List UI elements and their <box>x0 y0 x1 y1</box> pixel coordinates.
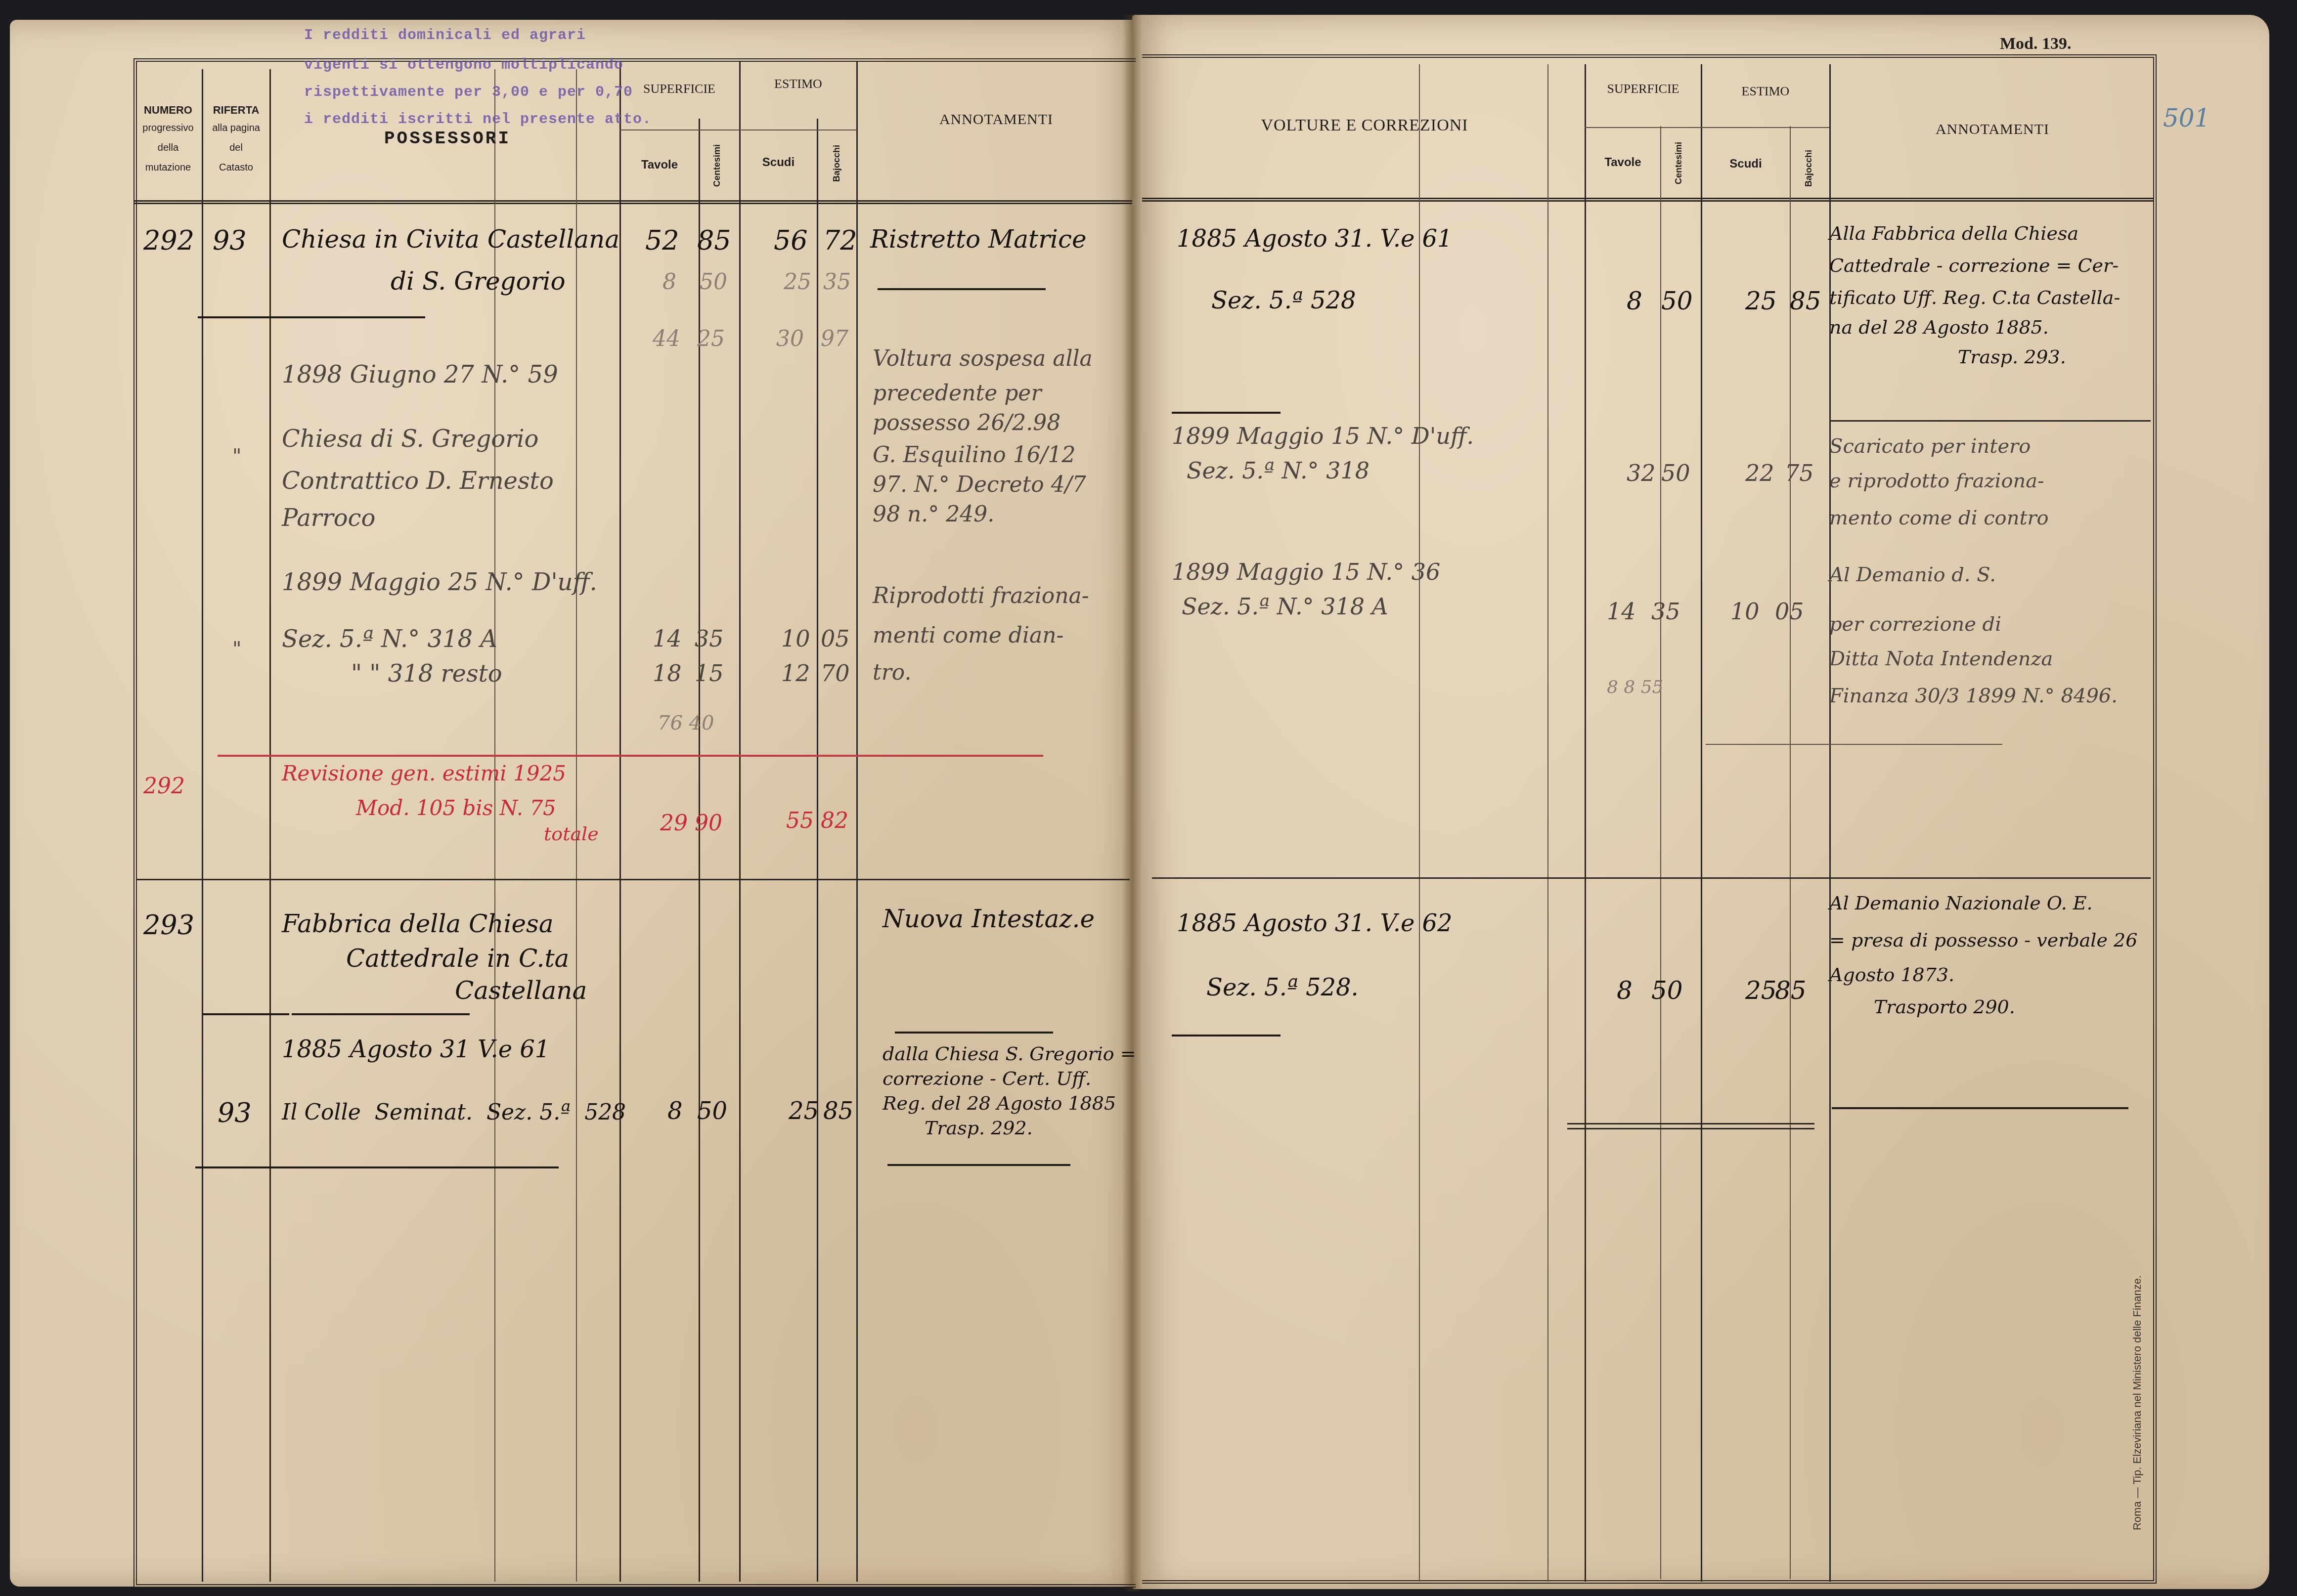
entry-293-annot-underline <box>895 1032 1053 1034</box>
annot-293-line-2: correzione - Cert. Uff. <box>883 1068 1091 1089</box>
voltura-4-scudi: 25 <box>1745 976 1777 1005</box>
pencil-tavole-1: 8 <box>663 269 676 295</box>
stamp-line-1: I redditi dominicali ed agrari <box>304 27 586 44</box>
entry-292-tavole: 52 <box>645 225 679 256</box>
voltura-4-double-rule-a <box>1567 1123 1814 1124</box>
subheader-rule <box>619 129 857 130</box>
header-possessori: POSSESSORI <box>277 129 618 149</box>
entry-292-centesimi: 85 <box>697 225 731 256</box>
col-divider <box>1701 64 1702 1582</box>
annot-r4-line-1: Al Demanio Nazionale O. E. <box>1829 892 2093 914</box>
entry-292-annot-underline <box>878 288 1046 290</box>
annot-293-line-4: Trasp. 292. <box>925 1117 1033 1139</box>
entry-293-sub-tavole: 8 <box>667 1097 683 1125</box>
pencil-scudi-1: 25 <box>784 269 811 295</box>
header-tavole-right: Tavole <box>1586 156 1660 170</box>
entry-292-annotamento: Ristretto Matrice <box>870 225 1087 254</box>
printer-imprint: Roma — Tip. Elzeviriana nel Ministero de… <box>2131 1275 2144 1530</box>
voltura-1-line-2: Sez. 5.ª 528 <box>1211 287 1356 314</box>
row-separator-right <box>1152 877 2151 879</box>
entry-292-possessore-2: di S. Gregorio <box>391 267 566 296</box>
entry-292-sub-holder-2: Contrattico D. Ernesto <box>282 467 554 495</box>
entry-292-pencil-sum: 76 40 <box>658 712 714 734</box>
col-divider <box>1790 126 1791 1579</box>
voltura-3-tavole: 14 <box>1607 598 1636 625</box>
header-riferta-sub-2: del <box>203 138 269 157</box>
subheader-rule <box>1585 127 1829 128</box>
voltura-4-underline <box>1172 1035 1281 1036</box>
revision-line-2: Mod. 105 bis N. 75 <box>356 796 556 820</box>
header-estimo: ESTIMO <box>740 77 856 91</box>
entry-292-sub-parcel-1-centesimi: 35 <box>695 625 724 652</box>
entry-292-scudi: 56 <box>774 225 808 256</box>
header-bajocchi-right: Bajocchi <box>1804 143 1814 193</box>
annot-292-line-1: Voltura sospesa alla <box>873 346 1093 371</box>
header-scudi: Scudi <box>740 156 817 170</box>
annot-r4-line-4: Trasporto 290. <box>1874 996 2015 1018</box>
col-divider-faint <box>494 69 495 1582</box>
revision-line-1: Revisione gen. estimi 1925 <box>282 761 566 785</box>
entry-292-sub-parcel-1-scudi: 10 <box>781 625 810 652</box>
entry-293-underline <box>203 1013 289 1015</box>
annot-293-line-3: Reg. del 28 Agosto 1885 <box>883 1092 1116 1114</box>
revision-scudi: 55 <box>786 808 814 833</box>
archive-number: 501 <box>2163 104 2210 132</box>
entry-292-sub-parcel-2-tavole: 18 <box>653 660 682 687</box>
entry-293-possessore-1: Fabbrica della Chiesa <box>282 909 554 938</box>
header-riferta-sub-3: Catasto <box>203 158 269 177</box>
entry-292-numero: 292 <box>143 225 194 256</box>
annot-r1-separator <box>1829 420 2151 422</box>
left-header-bottom-rule <box>133 200 1132 204</box>
header-tavole: Tavole <box>620 158 699 172</box>
voltura-4-line-1: 1885 Agosto 31. V.e 62 <box>1177 909 1453 937</box>
col-divider <box>1660 126 1661 1579</box>
header-estimo-right: ESTIMO <box>1702 84 1829 99</box>
col-divider <box>619 62 621 1582</box>
entry-293-sub-riferta: 93 <box>218 1097 252 1128</box>
voltura-1-bajocchi: 85 <box>1790 287 1821 315</box>
annot-r4-line-3: Agosto 1873. <box>1829 964 1954 986</box>
pencil-bajocchi-2: 97 <box>821 326 848 351</box>
annot-292-b-line-1: Riprodotti fraziona- <box>873 583 1089 608</box>
voltura-3-line-2: Sez. 5.ª N.° 318 A <box>1182 593 1388 620</box>
pencil-centesimi-1: 50 <box>700 269 727 295</box>
stamp-line-2: vigenti si ottengono moltiplicando <box>304 57 623 74</box>
voltura-3-line-1: 1899 Maggio 15 N.° 36 <box>1172 559 1440 585</box>
header-superficie: SUPERFICIE <box>620 82 738 96</box>
annot-r2-line-3: mento come di contro <box>1829 507 2049 529</box>
entry-292-sub-parcel-2: " " 318 resto <box>351 660 502 688</box>
annot-r3-line-1: Al Demanio d. S. <box>1829 563 1996 586</box>
entry-292-sub-date-1: 1898 Giugno 27 N.° 59 <box>282 361 558 388</box>
entry-293-sub-parcel: Il Colle Seminat. Sez. 5.ª 528 <box>282 1100 626 1125</box>
entry-292-sub-riferta-ditto-2: " <box>232 638 241 660</box>
revision-tavole: 29 <box>660 811 688 836</box>
entry-292-bajocchi: 72 <box>823 225 857 256</box>
annot-r3-line-2: per correzione di <box>1829 613 2001 636</box>
header-bajocchi: Bajocchi <box>832 138 842 188</box>
voltura-2-tavole: 32 <box>1627 460 1656 486</box>
entry-292-sub-date-2: 1899 Maggio 25 N.° D'uff. <box>282 568 597 596</box>
entry-293-sub-bajocchi: 85 <box>823 1097 853 1125</box>
annot-292-line-6: 98 n.° 249. <box>873 502 994 527</box>
entry-292-sub-riferta-ditto: " <box>232 445 241 468</box>
voltura-2-scudi: 22 <box>1745 460 1774 486</box>
col-divider <box>1585 64 1586 1582</box>
right-header-bottom-rule <box>1142 198 2153 202</box>
col-divider <box>739 62 741 1582</box>
annot-r1-line-1: Alla Fabbrica della Chiesa <box>1829 222 2078 244</box>
voltura-1-underline <box>1172 412 1281 414</box>
entry-293-numero: 293 <box>143 909 194 941</box>
voltura-2-centesimi: 50 <box>1661 460 1690 486</box>
entry-292-sub-parcel-2-scudi: 12 <box>781 660 810 687</box>
annot-r2-line-2: e riprodotto fraziona- <box>1829 470 2044 492</box>
entry-292-sub-parcel-1-tavole: 14 <box>653 625 682 652</box>
entry-292-sub-parcel-2-bajocchi: 70 <box>821 660 850 687</box>
annot-292-line-3: possesso 26/2.98 <box>873 410 1060 435</box>
annot-293-underline <box>887 1164 1070 1166</box>
annot-292-b-line-2: menti come dian- <box>873 623 1063 648</box>
annot-292-line-5: 97. N.° Decreto 4/7 <box>873 472 1086 497</box>
header-annotamenti-left: ANNOTAMENTI <box>860 111 1132 128</box>
annot-292-b-line-3: tro. <box>873 660 911 685</box>
voltura-1-scudi: 25 <box>1745 287 1777 315</box>
voltura-4-double-rule-b <box>1567 1128 1814 1129</box>
header-volture: VOLTURE E CORREZIONI <box>1226 116 1503 135</box>
voltura-4-centesimi: 50 <box>1651 976 1683 1005</box>
pencil-tavole-2: 44 <box>653 326 680 351</box>
annot-r3-line-4: Finanza 30/3 1899 N.° 8496. <box>1829 685 2118 707</box>
header-numero-sub-3: mutazione <box>136 158 200 177</box>
col-divider <box>269 69 271 1582</box>
voltura-3-pencil: 8 8 55 <box>1607 677 1664 697</box>
annot-r2-line-1: Scaricato per intero <box>1829 435 2031 458</box>
pencil-bajocchi-1: 35 <box>823 269 851 295</box>
annot-r1-line-5: Trasp. 293. <box>1958 346 2066 368</box>
voltura-2-bajocchi: 75 <box>1785 460 1814 486</box>
annot-r1-line-4: na del 28 Agosto 1885. <box>1829 316 2049 338</box>
stamp-line-4: i redditi iscritti nel presente atto. <box>304 111 652 128</box>
entry-292-sub-parcel-2-centesimi: 15 <box>695 660 724 687</box>
voltura-1-centesimi: 50 <box>1661 287 1693 315</box>
entry-293-bottom-rule <box>195 1166 284 1168</box>
entry-293-sub-scudi: 25 <box>789 1097 819 1125</box>
pencil-scudi-2: 30 <box>776 326 804 351</box>
voltura-3-bajocchi: 05 <box>1775 598 1804 625</box>
entry-293-possessore-3: Castellana <box>455 976 587 1005</box>
entry-292-underline <box>198 316 425 318</box>
revision-bajocchi: 82 <box>821 808 848 833</box>
revision-red-rule <box>218 755 1043 757</box>
right-table-frame <box>1142 54 2157 1584</box>
annot-r1-line-3: tificato Uff. Reg. C.ta Castella- <box>1829 287 2120 308</box>
voltura-1-tavole: 8 <box>1627 287 1642 315</box>
header-scudi-right: Scudi <box>1702 157 1790 171</box>
entry-292-riferta: 93 <box>213 225 247 256</box>
annot-292-line-4: G. Esquilino 16/12 <box>873 442 1076 468</box>
header-centesimi: Centesimi <box>712 141 722 190</box>
voltura-4-line-2: Sez. 5.ª 528. <box>1206 974 1359 1001</box>
voltura-3-centesimi: 35 <box>1651 598 1680 625</box>
voltura-2-line-1: 1899 Maggio 15 N.° D'uff. <box>1172 423 1474 449</box>
col-divider <box>817 119 818 1582</box>
annot-r4-underline <box>1832 1107 2128 1109</box>
annot-292-line-2: precedente per <box>873 381 1041 406</box>
entry-293-sub-date: 1885 Agosto 31 V.e 61 <box>282 1035 550 1063</box>
col-divider <box>856 62 858 1582</box>
pencil-centesimi-2: 25 <box>697 326 725 351</box>
voltura-3-scudi: 10 <box>1730 598 1760 625</box>
header-riferta: RIFERTA <box>203 104 269 117</box>
annot-r1-line-2: Cattedrale - correzione = Cer- <box>1829 255 2119 276</box>
header-riferta-sub-1: alla pagina <box>203 119 269 137</box>
entry-293-underline-rule <box>292 1013 470 1015</box>
annot-r3-line-3: Ditta Nota Intendenza <box>1829 647 2053 670</box>
entry-292-possessore-1: Chiesa in Civita Castellana <box>282 225 619 254</box>
revision-centesimi: 90 <box>695 811 722 836</box>
entry-293-sub-centesimi: 50 <box>697 1097 727 1125</box>
header-superficie-right: SUPERFICIE <box>1586 82 1701 96</box>
annot-293-line-1: dalla Chiesa S. Gregorio = <box>883 1043 1136 1065</box>
voltura-2-line-2: Sez. 5.ª N.° 318 <box>1187 457 1369 484</box>
row-separator-left <box>136 879 1130 880</box>
entry-292-sub-holder-1: Chiesa di S. Gregorio <box>282 425 538 453</box>
entry-292-sub-parcel-1-bajocchi: 05 <box>821 625 850 652</box>
header-centesimi-right: Centesimi <box>1674 138 1684 188</box>
entry-292-sub-parcel-1: Sez. 5.ª N.° 318 A <box>282 625 497 653</box>
faint-row-rule <box>1706 744 2002 745</box>
entry-293-annotamento: Nuova Intestaz.e <box>883 905 1095 933</box>
annot-r4-line-2: = presa di possesso - verbale 26 <box>1829 929 2137 951</box>
entry-293-close-rule <box>284 1166 559 1168</box>
entry-292-sub-holder-3: Parroco <box>282 504 375 532</box>
voltura-4-bajocchi: 85 <box>1775 976 1807 1005</box>
voltura-1-line-1: 1885 Agosto 31. V.e 61 <box>1177 225 1453 253</box>
model-label: Mod. 139. <box>2000 35 2072 53</box>
entry-293-possessore-2: Cattedrale in C.ta <box>346 944 569 973</box>
col-divider-faint <box>1419 64 1420 1582</box>
revision-numero: 292 <box>143 774 185 799</box>
col-divider <box>202 69 203 1582</box>
col-divider-faint <box>1547 64 1548 1582</box>
header-numero: NUMERO <box>136 104 200 117</box>
header-numero-sub-1: progressivo <box>136 119 200 137</box>
voltura-4-tavole: 8 <box>1617 976 1633 1005</box>
stamp-line-3: rispettivamente per 3,00 e per 0,70 <box>304 84 633 101</box>
revision-totale-label: totale <box>544 823 599 845</box>
header-numero-sub-2: della <box>136 138 200 157</box>
header-annotamenti-right: ANNOTAMENTI <box>1834 121 2151 138</box>
